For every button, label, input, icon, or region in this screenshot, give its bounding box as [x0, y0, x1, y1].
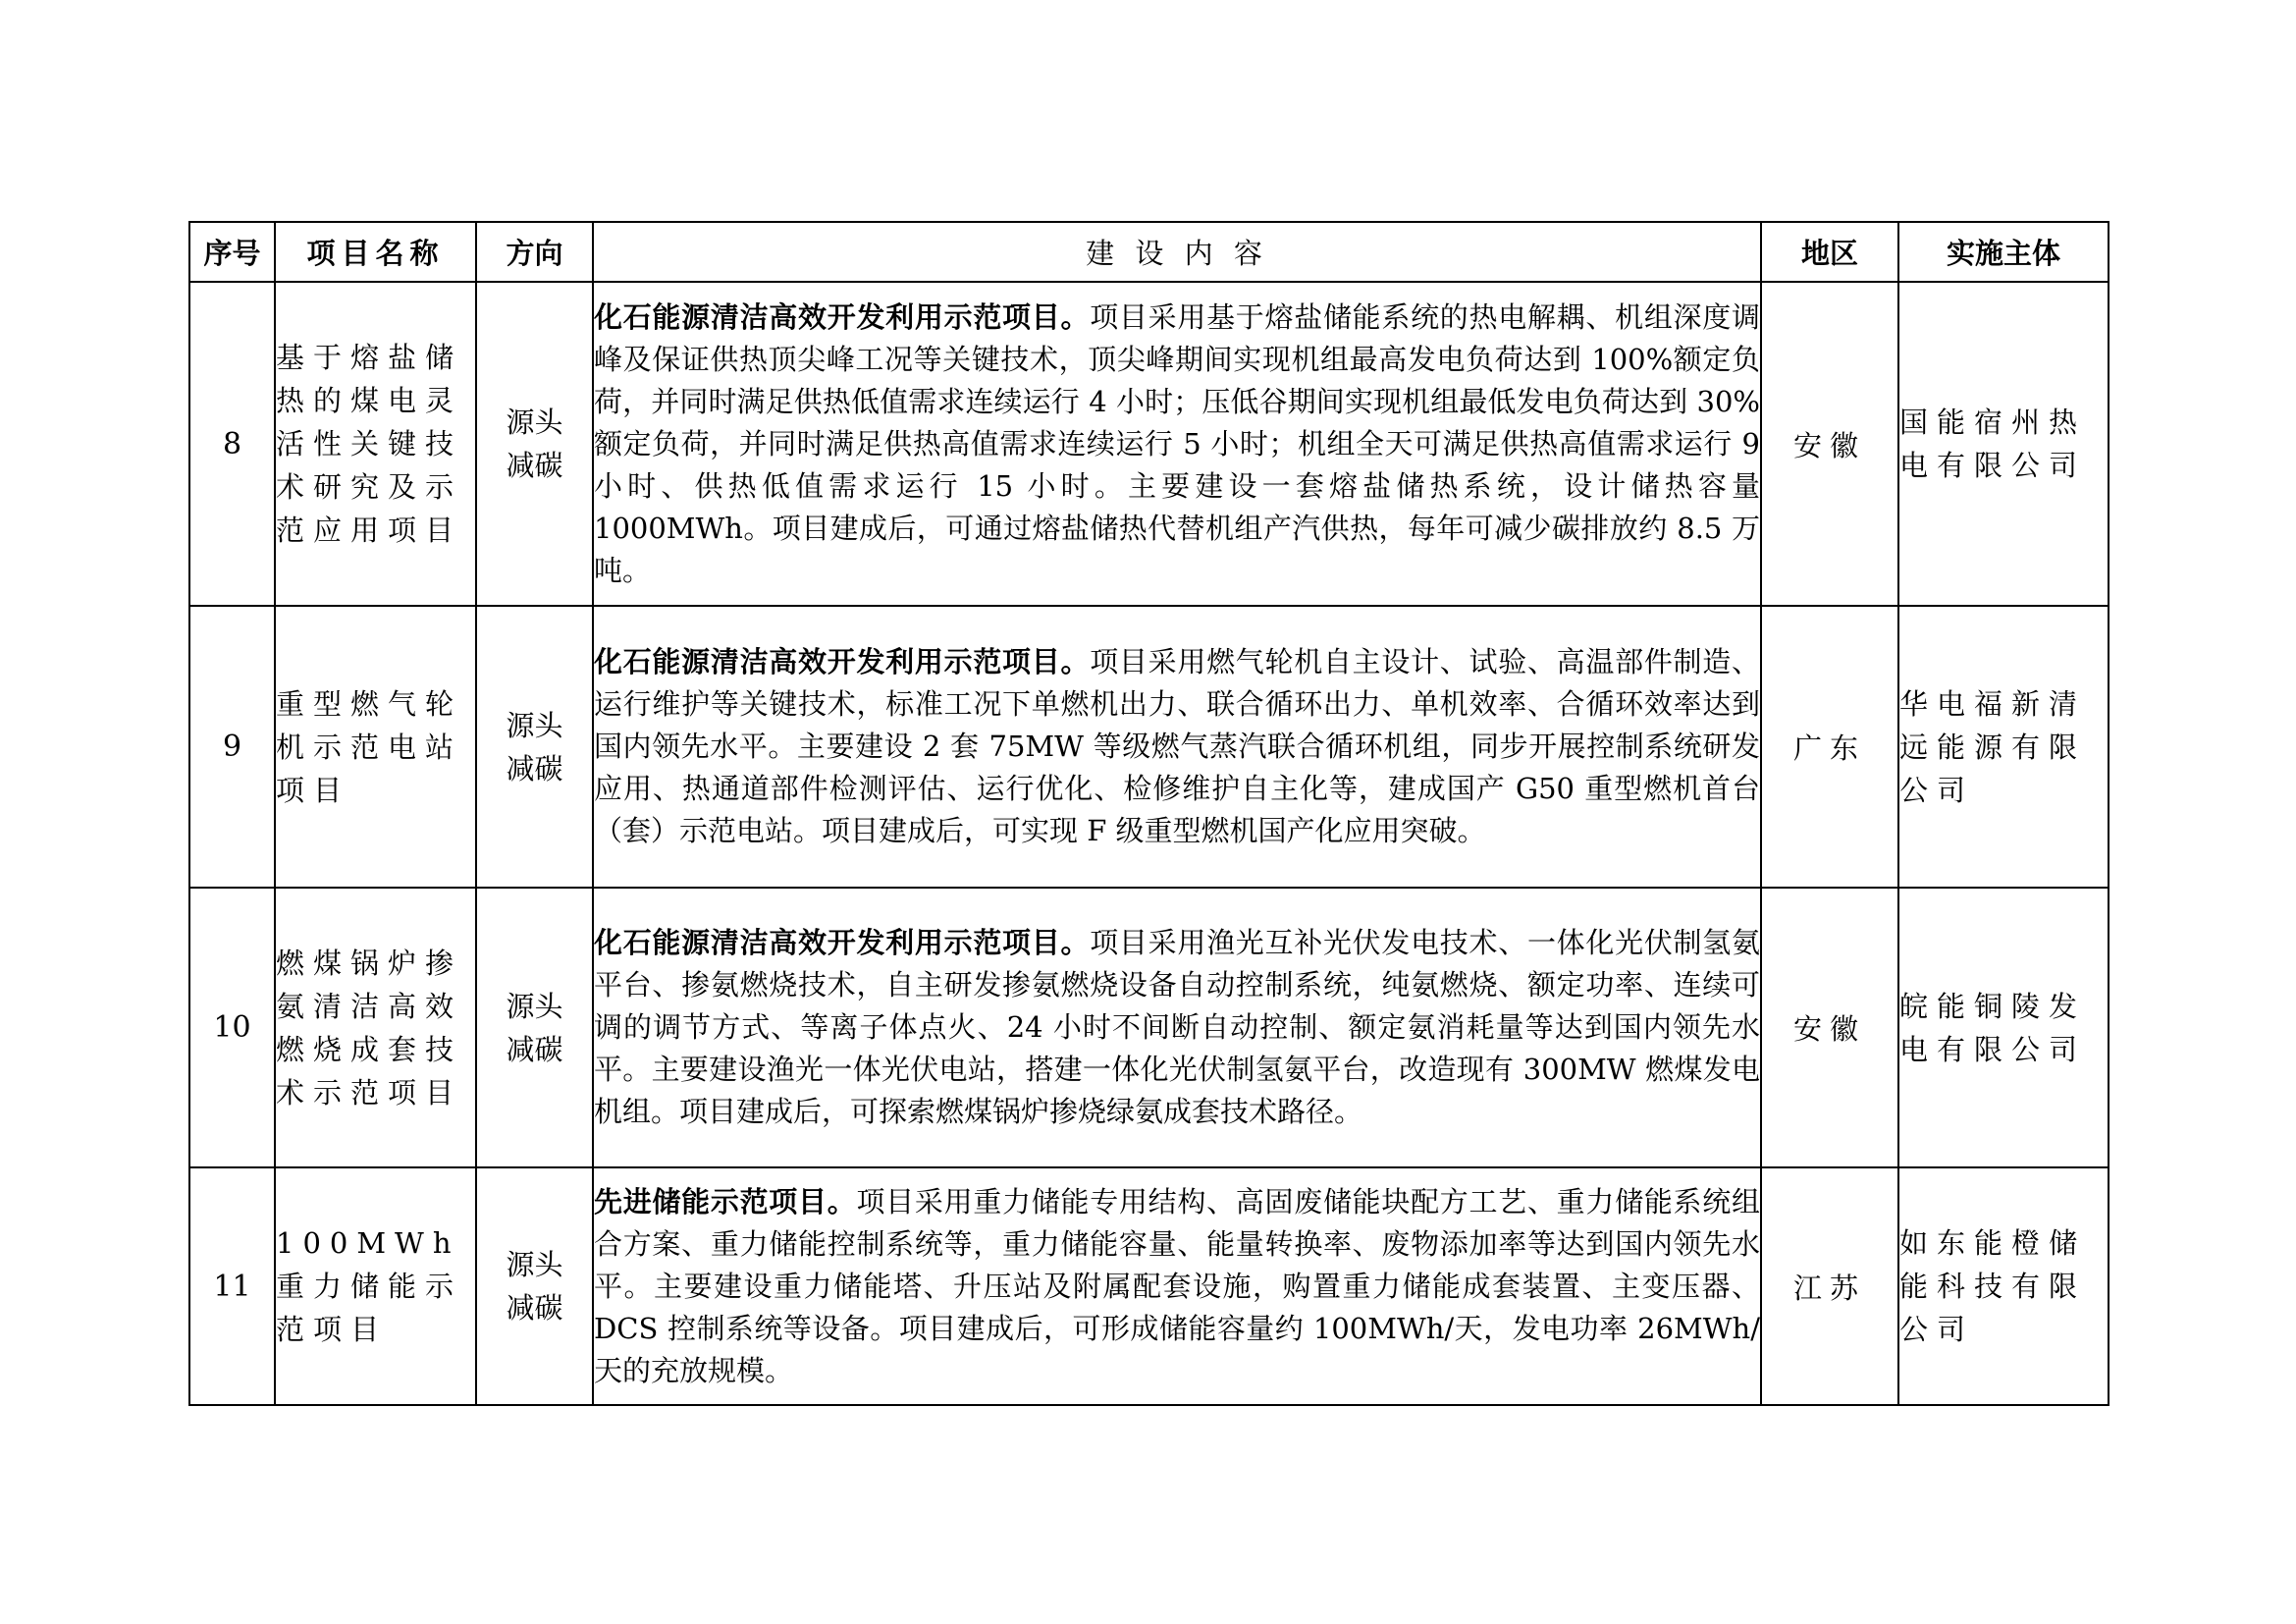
project-content: 化石能源清洁高效开发利用示范项目。项目采用渔光互补光伏发电技术、一体化光伏制氢氨… [593, 888, 1761, 1167]
table-row: 11 100MWh 重力储能示范项目 源头减碳 先进储能示范项目。项目采用重力储… [189, 1167, 2109, 1405]
header-row: 序号 项目名称 方向 建 设 内 容 地区 实施主体 [189, 222, 2109, 282]
project-name: 100MWh 重力储能示范项目 [275, 1167, 476, 1405]
project-entity: 国能宿州热电有限公司 [1898, 282, 2109, 606]
content-category: 化石能源清洁高效开发利用示范项目。 [594, 926, 1090, 959]
project-entity: 皖能铜陵发电有限公司 [1898, 888, 2109, 1167]
project-content: 化石能源清洁高效开发利用示范项目。项目采用燃气轮机自主设计、试验、高温部件制造、… [593, 606, 1761, 888]
project-name: 基于熔盐储热的煤电灵活性关键技术研究及示范应用项目 [275, 282, 476, 606]
project-name: 燃煤锅炉掺氨清洁高效燃烧成套技术示范项目 [275, 888, 476, 1167]
project-direction: 源头减碳 [476, 606, 593, 888]
header-entity: 实施主体 [1898, 222, 2109, 282]
project-entity: 华电福新清远能源有限公司 [1898, 606, 2109, 888]
project-entity: 如东能橙储能科技有限公司 [1898, 1167, 2109, 1405]
row-index: 8 [189, 282, 275, 606]
project-direction: 源头减碳 [476, 888, 593, 1167]
projects-table: 序号 项目名称 方向 建 设 内 容 地区 实施主体 8 基于熔盐储热的煤电灵活… [188, 221, 2109, 1406]
table-row: 10 燃煤锅炉掺氨清洁高效燃烧成套技术示范项目 源头减碳 化石能源清洁高效开发利… [189, 888, 2109, 1167]
table-row: 8 基于熔盐储热的煤电灵活性关键技术研究及示范应用项目 源头减碳 化石能源清洁高… [189, 282, 2109, 606]
row-index: 10 [189, 888, 275, 1167]
project-region: 广东 [1761, 606, 1898, 888]
header-content: 建 设 内 容 [593, 222, 1761, 282]
project-region: 安徽 [1761, 282, 1898, 606]
direction-line: 减碳 [506, 449, 562, 482]
project-content: 化石能源清洁高效开发利用示范项目。项目采用基于熔盐储能系统的热电解耦、机组深度调… [593, 282, 1761, 606]
project-region: 安徽 [1761, 888, 1898, 1167]
direction-line: 减碳 [506, 752, 562, 785]
content-category: 先进储能示范项目。 [594, 1185, 856, 1218]
project-content: 先进储能示范项目。项目采用重力储能专用结构、高固废储能块配方工艺、重力储能系统组… [593, 1167, 1761, 1405]
project-name: 重型燃气轮机示范电站项目 [275, 606, 476, 888]
project-region: 江苏 [1761, 1167, 1898, 1405]
content-category: 化石能源清洁高效开发利用示范项目。 [594, 300, 1090, 334]
row-index: 9 [189, 606, 275, 888]
project-direction: 源头减碳 [476, 282, 593, 606]
table-row: 9 重型燃气轮机示范电站项目 源头减碳 化石能源清洁高效开发利用示范项目。项目采… [189, 606, 2109, 888]
row-index: 11 [189, 1167, 275, 1405]
direction-line: 源头 [506, 990, 562, 1023]
header-direction: 方向 [476, 222, 593, 282]
direction-line: 减碳 [506, 1291, 562, 1325]
header-region: 地区 [1761, 222, 1898, 282]
direction-line: 减碳 [506, 1033, 562, 1066]
content-category: 化石能源清洁高效开发利用示范项目。 [594, 645, 1090, 678]
project-direction: 源头减碳 [476, 1167, 593, 1405]
header-index: 序号 [189, 222, 275, 282]
direction-line: 源头 [506, 406, 562, 439]
content-body: 项目采用基于熔盐储能系统的热电解耦、机组深度调峰及保证供热顶尖峰工况等关键技术，… [594, 300, 1760, 587]
direction-line: 源头 [506, 1248, 562, 1281]
direction-line: 源头 [506, 709, 562, 742]
header-name: 项目名称 [275, 222, 476, 282]
